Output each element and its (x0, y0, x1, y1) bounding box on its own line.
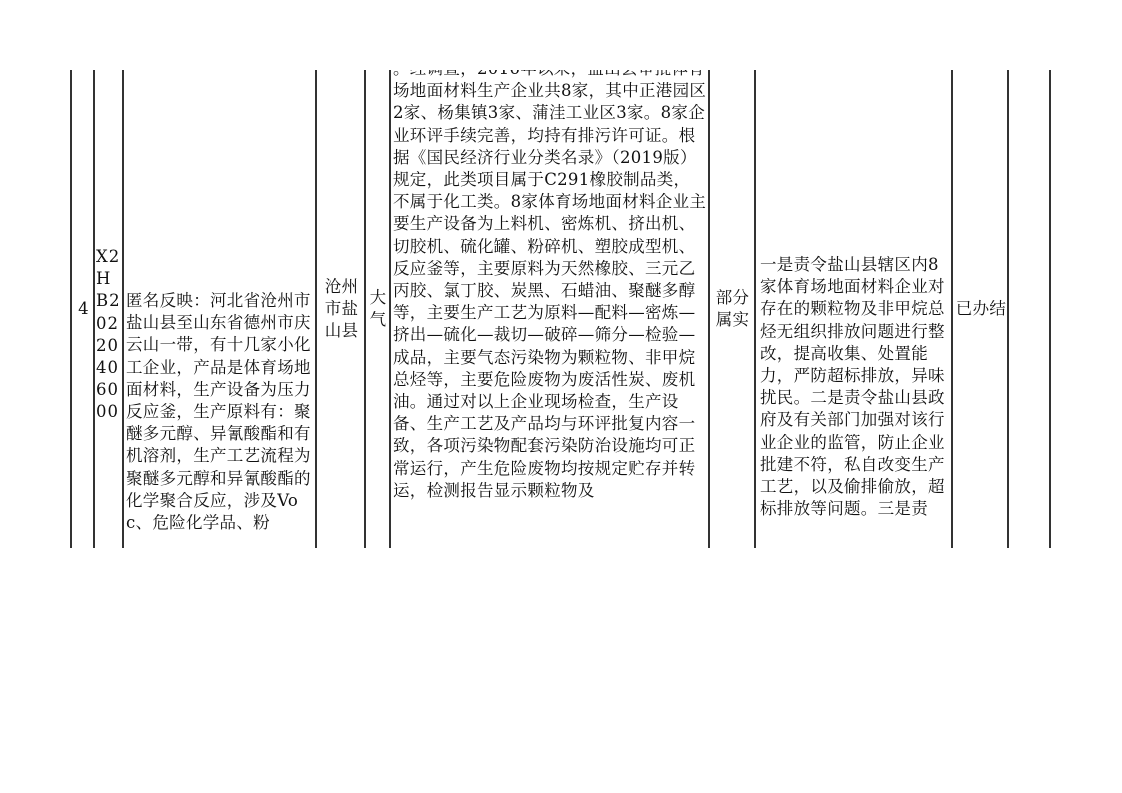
case-id: X2HB20220406000 (96, 247, 121, 421)
status-text: 已办结 (956, 298, 1006, 320)
verdict-text: 部分属实 (711, 287, 754, 331)
pollution-type-text: 大气 (367, 287, 389, 331)
case-id-cell: X2HB20220406000 (96, 246, 122, 424)
table-row: 4 X2HB20220406000 匿名反映：河北省沧州市盐山县至山东省德州市庆… (0, 70, 1122, 548)
complaint-text: 匿名反映：河北省沧州市盐山县至山东省德州市庆云山一带，有十几家小化工企业，产品是… (126, 291, 311, 532)
document-page: 4 X2HB20220406000 匿名反映：河北省沧州市盐山县至山东省德州市庆… (0, 0, 1122, 793)
investigation-text: 。经调查，2016年以来，盐山县审批体育场地面材料生产企业共8家，其中正港园区2… (393, 70, 706, 500)
measures-text: 一是责令盐山县辖区内8家体育场地面材料企业对存在的颗粒物及非甲烷总烃无组织排放问… (760, 255, 945, 518)
region-text: 沧州市盐山县 (318, 276, 365, 343)
investigation-cell: 。经调查，2016年以来，盐山县审批体育场地面材料生产企业共8家，其中正港园区2… (393, 70, 707, 502)
status-cell: 已办结 (954, 70, 1008, 548)
region-cell: 沧州市盐山县 (318, 70, 365, 548)
verdict-cell: 部分属实 (711, 70, 754, 548)
measures-cell: 一是责令盐山县辖区内8家体育场地面材料企业对存在的颗粒物及非甲烷总烃无组织排放问… (760, 254, 950, 520)
row-index: 4 (78, 298, 89, 320)
row-index-cell: 4 (73, 70, 94, 548)
complaint-cell: 匿名反映：河北省沧州市盐山县至山东省德州市庆云山一带，有十几家小化工企业，产品是… (126, 290, 314, 534)
pollution-type-cell: 大气 (367, 70, 389, 548)
